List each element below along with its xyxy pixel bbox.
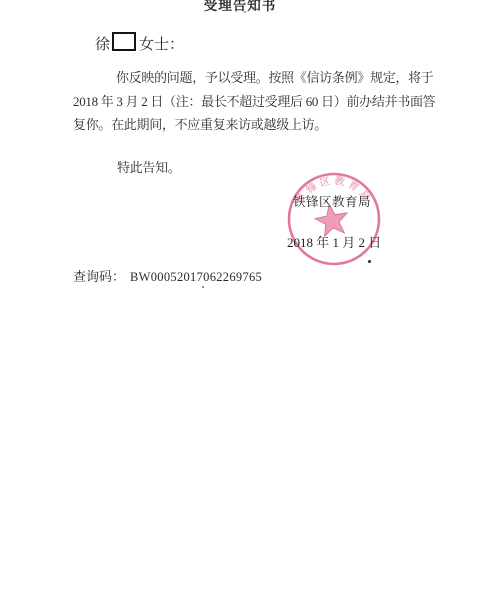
scan-speck bbox=[244, 11, 246, 13]
official-seal-stamp: 铁锋区教育局 ········· bbox=[272, 164, 396, 274]
document-title: 受理告知书 bbox=[0, 0, 480, 14]
body-line-1: 你反映的问题，予以受理。按照《信访条例》规定，将于 bbox=[116, 71, 434, 84]
query-code-line: 查询码：BW00052017062269765 bbox=[73, 266, 262, 285]
greeting-prefix: 徐 bbox=[95, 37, 110, 53]
scanned-document-page: 受理告知书 徐女士： 你反映的问题，予以受理。按照《信访条例》规定，将于 201… bbox=[0, 0, 480, 608]
closing-line: 特此告知。 bbox=[117, 157, 181, 176]
body-line-3: 复你。在此期间，不应重复来访或越级上访。 bbox=[73, 118, 327, 131]
greeting-line: 徐女士： bbox=[95, 30, 184, 54]
redacted-name-box bbox=[112, 32, 136, 51]
scan-speck bbox=[202, 286, 204, 288]
query-code-value: BW00052017062269765 bbox=[130, 270, 262, 284]
body-line-2: 2018 年 3 月 2 日（注：最长不超过受理后 60 日）前办结并书面答 bbox=[73, 95, 435, 108]
greeting-suffix: 女士： bbox=[139, 37, 184, 53]
signature-date: 2018 年 1 月 2 日 bbox=[287, 232, 381, 251]
query-code-label: 查询码： bbox=[73, 269, 125, 284]
signature-agency: 铁锋区教育局 bbox=[293, 192, 371, 210]
